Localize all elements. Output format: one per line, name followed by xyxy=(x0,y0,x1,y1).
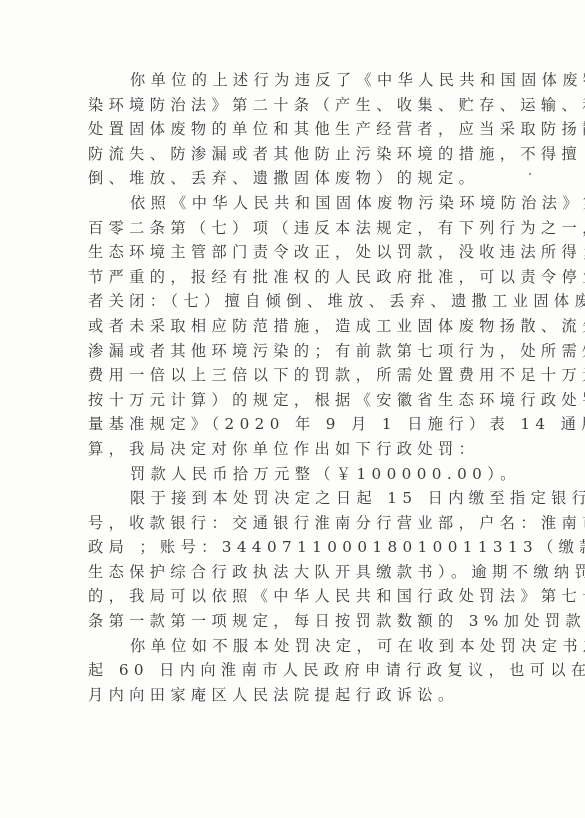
scan-speck xyxy=(529,173,531,175)
document-page: 你单位的上述行为违反了《中华人民共和国固体废物污 染环境防治法》第二十条（产生、… xyxy=(0,0,585,818)
paragraph-payment-instructions: 限于接到本处罚决定之日起 15 日内缴至指定银行和账 号，收款银行：交通银行淮南… xyxy=(88,486,494,634)
text-line: 节严重的，报经有批准权的人民政府批准，可以责令停业或 xyxy=(88,265,494,290)
text-line: 渗漏或者其他环境污染的；有前款第七项行为，处所需处置 xyxy=(88,339,494,364)
text-line: 量基准规定》（2020 年 9 月 1 日施行）表 14 通用裁量标准计 xyxy=(88,412,494,437)
text-line: 百零二条第（七）项（违反本法规定，有下列行为之一，由 xyxy=(88,216,494,241)
paragraph-appeal-rights: 你单位如不服本处罚决定，可在收到本处罚决定书之日 起 60 日内向淮南市人民政府… xyxy=(88,634,494,708)
text-line: 防流失、防渗漏或者其他防止污染环境的措施，不得擅自倾 xyxy=(88,142,494,167)
text-line: 你单位如不服本处罚决定，可在收到本处罚决定书之日 xyxy=(88,634,494,659)
text-line: 条第一款第一项规定，每日按罚款数额的 3%加处罚款。 xyxy=(88,609,494,634)
text-line: 按十万元计算）的规定，根据《安徽省生态环境行政处罚裁 xyxy=(88,388,494,413)
text-line: 者关闭：（七）擅自倾倒、堆放、丢弃、遗撒工业固体废物， xyxy=(88,289,494,314)
text-line: 罚款人民币拾万元整（￥100000.00）。 xyxy=(88,462,494,487)
text-line: 限于接到本处罚决定之日起 15 日内缴至指定银行和账 xyxy=(88,486,494,511)
text-line: 号，收款银行：交通银行淮南分行营业部，户名：淮南市财 xyxy=(88,511,494,536)
text-line: 起 60 日内向淮南市人民政府申请行政复议，也可以在 6 个 xyxy=(88,658,494,683)
paragraph-legal-basis: 依照《中华人民共和国固体废物污染环境防治法》第一 百零二条第（七）项（违反本法规… xyxy=(88,191,494,462)
text-line: 生态环境主管部门责令改正，处以罚款，没收违法所得；情 xyxy=(88,240,494,265)
text-line: 处置固体废物的单位和其他生产经营者，应当采取防扬散、 xyxy=(88,117,494,142)
text-line: 依照《中华人民共和国固体废物污染环境防治法》第一 xyxy=(88,191,494,216)
text-line: 算，我局决定对你单位作出如下行政处罚： xyxy=(88,437,494,462)
text-line: 生态保护综合行政执法大队开具缴款书）。逾期不缴纳罚款 xyxy=(88,560,494,585)
text-line: 政局 ；账号：344071100018010011313（缴款前请先到凤台 xyxy=(88,535,494,560)
paragraph-penalty-amount: 罚款人民币拾万元整（￥100000.00）。 xyxy=(88,462,494,487)
text-line: 月内向田家庵区人民法院提起行政诉讼。 xyxy=(88,683,494,708)
paragraph-violation: 你单位的上述行为违反了《中华人民共和国固体废物污 染环境防治法》第二十条（产生、… xyxy=(88,68,494,191)
document-body: 你单位的上述行为违反了《中华人民共和国固体废物污 染环境防治法》第二十条（产生、… xyxy=(88,68,494,707)
text-line: 倒、堆放、丢弃、遗撒固体废物）的规定。 xyxy=(88,166,494,191)
text-line: 或者未采取相应防范措施，造成工业固体废物扬散、流失、 xyxy=(88,314,494,339)
text-line: 的，我局可以依照《中华人民共和国行政处罚法》第七十二 xyxy=(88,584,494,609)
text-line: 费用一倍以上三倍以下的罚款，所需处置费用不足十万元的， xyxy=(88,363,494,388)
text-line: 染环境防治法》第二十条（产生、收集、贮存、运输、利用、 xyxy=(88,93,494,118)
text-line: 你单位的上述行为违反了《中华人民共和国固体废物污 xyxy=(88,68,494,93)
